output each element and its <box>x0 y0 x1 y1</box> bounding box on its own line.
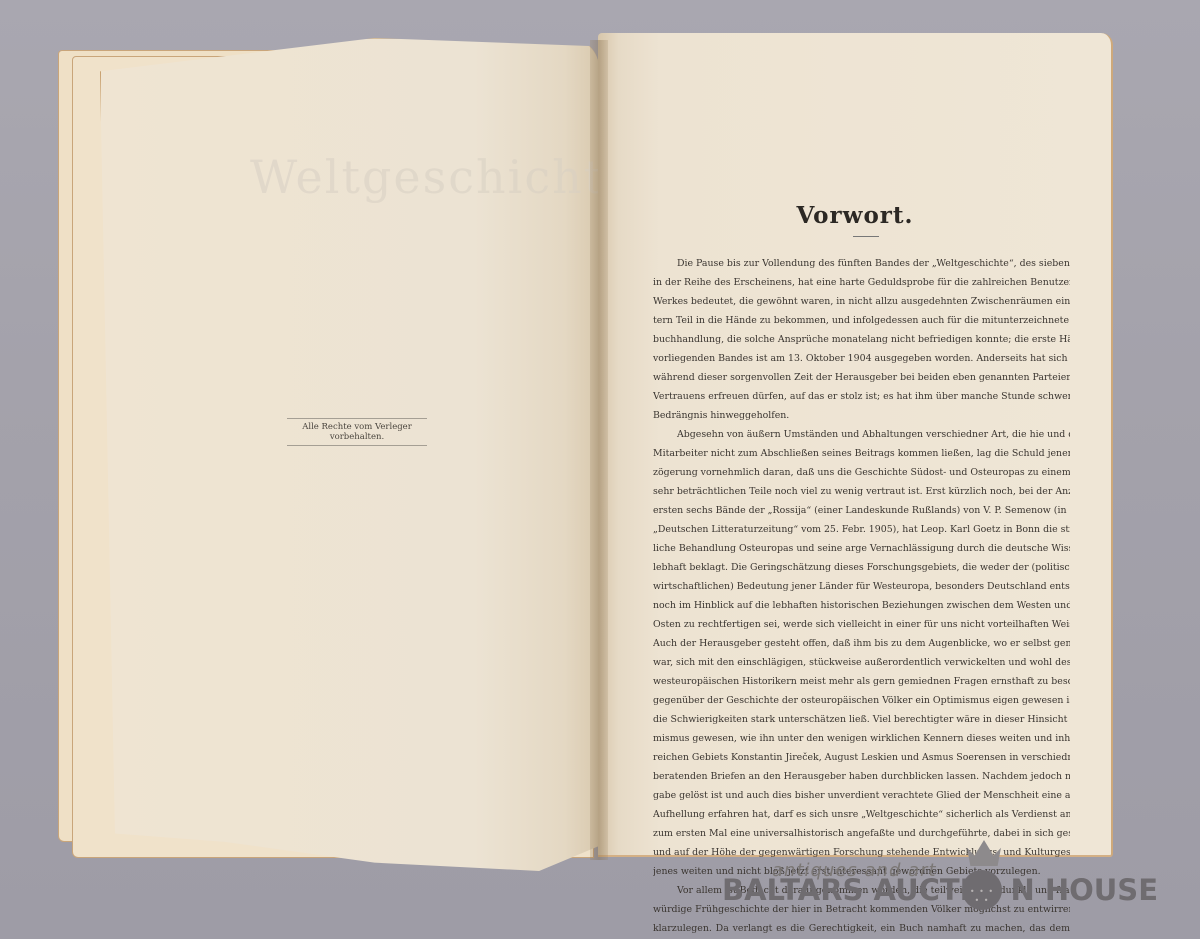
text-line: ersten sechs Bände der „Rossija“ (einer … <box>653 501 1070 520</box>
watermark-brand-right: N HOUSE <box>1010 873 1158 907</box>
text-line: vorliegenden Bandes ist am 13. Oktober 1… <box>653 349 1070 368</box>
text-line: klarzulegen. Da verlangt es die Gerechti… <box>653 919 1070 938</box>
text-line: wirtschaftlichen) Bedeutung jener Länder… <box>653 577 1070 596</box>
text-line: reichen Gebiets Konstantin Jireček, Augu… <box>653 748 1070 767</box>
watermark-brand-left: BALTARS AUCTI <box>722 873 970 907</box>
rights-notice: Alle Rechte vom Verleger vorbehalten. <box>287 418 427 446</box>
text-line: war, sich mit den einschlägigen, stückwe… <box>653 653 1070 672</box>
text-line: Werkes bedeutet, die gewöhnt waren, in n… <box>653 292 1070 311</box>
text-line: Aufhellung erfahren hat, darf es sich un… <box>653 805 1070 824</box>
text-line: zum ersten Mal eine universalhistorisch … <box>653 824 1070 843</box>
text-line: gabe gelöst ist und auch dies bisher unv… <box>653 786 1070 805</box>
text-line: Auch der Herausgeber gesteht offen, daß … <box>653 634 1070 653</box>
text-line: liche Behandlung Osteuropas und seine ar… <box>653 539 1070 558</box>
text-line: „Deutschen Litteraturzeitung“ vom 25. Fe… <box>653 520 1070 539</box>
text-line: gegenüber der Geschichte der osteuropäis… <box>653 691 1070 710</box>
ghost-title-show-through: Weltgeschichte <box>250 150 633 204</box>
preface-text: Die Pause bis zur Vollendung des fünften… <box>653 254 1070 938</box>
text-line: in der Reihe des Erscheinens, hat eine h… <box>653 273 1070 292</box>
text-line: noch im Hinblick auf die lebhaften histo… <box>653 596 1070 615</box>
page-title: Vorwort. <box>600 202 1110 229</box>
text-line: Abgesehn von äußern Umständen und Abhalt… <box>653 425 1070 444</box>
text-line: Vertrauens erfreuen dürfen, auf das er s… <box>653 387 1070 406</box>
text-line: während dieser sorgenvollen Zeit der Her… <box>653 368 1070 387</box>
watermark-brand: BALTARS AUCTIN HOUSE <box>722 873 1158 907</box>
text-line: buchhandlung, die solche Ansprüche monat… <box>653 330 1070 349</box>
text-line: beratenden Briefen an den Herausgeber ha… <box>653 767 1070 786</box>
watermark: antiques and art BALTARS AUCTIN HOUSE • … <box>720 860 1140 920</box>
book-gutter <box>590 40 608 860</box>
title-rule <box>853 236 879 237</box>
text-line: Bedrängnis hinweggeholfen. <box>653 406 1070 425</box>
text-line: zögerung vornehmlich daran, daß uns die … <box>653 463 1070 482</box>
text-line: Mitarbeiter nicht zum Abschließen seines… <box>653 444 1070 463</box>
text-line: Die Pause bis zur Vollendung des fünften… <box>653 254 1070 273</box>
watermark-dots: • • • • • <box>968 887 996 905</box>
text-line: sehr beträchtlichen Teile noch viel zu w… <box>653 482 1070 501</box>
text-line: Osten zu rechtfertigen sei, werde sich v… <box>653 615 1070 634</box>
text-line: westeuropäischen Historikern meist mehr … <box>653 672 1070 691</box>
text-line: die Schwierigkeiten stark unterschätzen … <box>653 710 1070 729</box>
text-line: mismus gewesen, wie ihn unter den wenige… <box>653 729 1070 748</box>
text-line: tern Teil in die Hände zu bekommen, und … <box>653 311 1070 330</box>
text-line: lebhaft beklagt. Die Geringschätzung die… <box>653 558 1070 577</box>
